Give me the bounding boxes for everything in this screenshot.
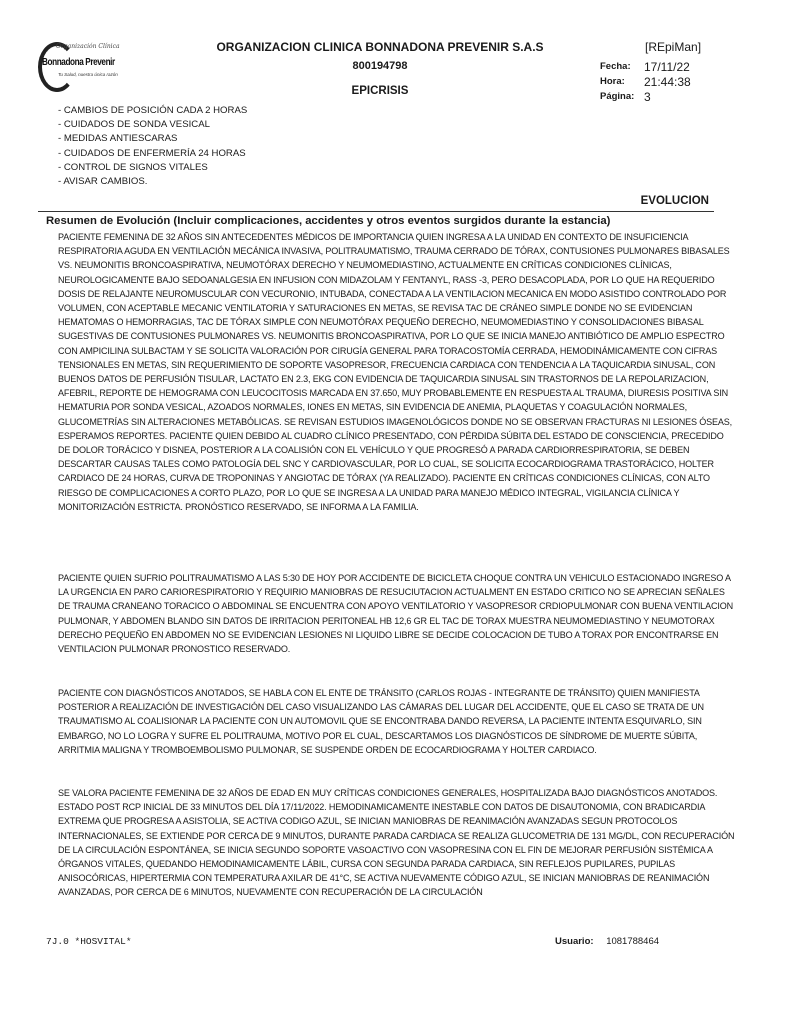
user-label: Usuario: [555, 936, 594, 947]
organization-nit: 800194798 [210, 60, 550, 72]
clinic-logo: Organización Clínica Bonnadona Prevenir … [36, 40, 116, 90]
logo-tagline: Tu Salud, nuestra única razón [58, 72, 118, 77]
user-info: Usuario: 1081788464 [555, 936, 659, 947]
evolution-summary-heading: Resumen de Evolución (Incluir complicaci… [46, 215, 610, 227]
meta-date-row: Fecha: 17/11/22 [600, 59, 691, 74]
evolution-paragraph: PACIENTE QUIEN SUFRIO POLITRAUMATISMO A … [58, 571, 738, 656]
document-title: EPICRISIS [210, 85, 550, 97]
user-id: 1081788464 [606, 936, 659, 947]
system-version: 7J.0 *HOSVITAL* [46, 936, 132, 947]
order-item: - AVISAR CAMBIOS. [58, 175, 247, 189]
evolution-paragraph: PACIENTE CON DIAGNÓSTICOS ANOTADOS, SE H… [58, 686, 738, 757]
date-label: Fecha: [600, 61, 644, 72]
order-item: - MEDIDAS ANTIESCARAS [58, 132, 247, 146]
order-item: - CUIDADOS DE SONDA VESICAL [58, 118, 247, 132]
document-meta: Fecha: 17/11/22 Hora: 21:44:38 Página: 3 [600, 59, 691, 104]
evolution-paragraph: SE VALORA PACIENTE FEMENINA DE 32 AÑOS D… [58, 786, 738, 900]
time-value: 21:44:38 [644, 75, 691, 89]
section-divider [38, 211, 714, 212]
order-item: - CAMBIOS DE POSICIÓN CADA 2 HORAS [58, 104, 247, 118]
logo-script-text: Organización Clínica [56, 43, 120, 50]
evolution-paragraph: PACIENTE FEMENINA DE 32 AÑOS SIN ANTECED… [58, 230, 738, 514]
order-item: - CONTROL DE SIGNOS VITALES [58, 161, 247, 175]
meta-time-row: Hora: 21:44:38 [600, 74, 691, 89]
page-value: 3 [644, 90, 651, 104]
logo-brand-text: Bonnadona Prevenir [42, 57, 115, 68]
date-value: 17/11/22 [644, 60, 690, 74]
medical-orders-list: - CAMBIOS DE POSICIÓN CADA 2 HORAS - CUI… [58, 104, 247, 189]
organization-name: ORGANIZACION CLINICA BONNADONA PREVENIR … [210, 40, 550, 54]
time-label: Hora: [600, 76, 644, 87]
page-label: Página: [600, 91, 644, 102]
report-code: [REpiMan] [645, 40, 701, 54]
section-title: EVOLUCION [641, 195, 709, 207]
meta-page-row: Página: 3 [600, 89, 691, 104]
order-item: - CUIDADOS DE ENFERMERÍA 24 HORAS [58, 147, 247, 161]
